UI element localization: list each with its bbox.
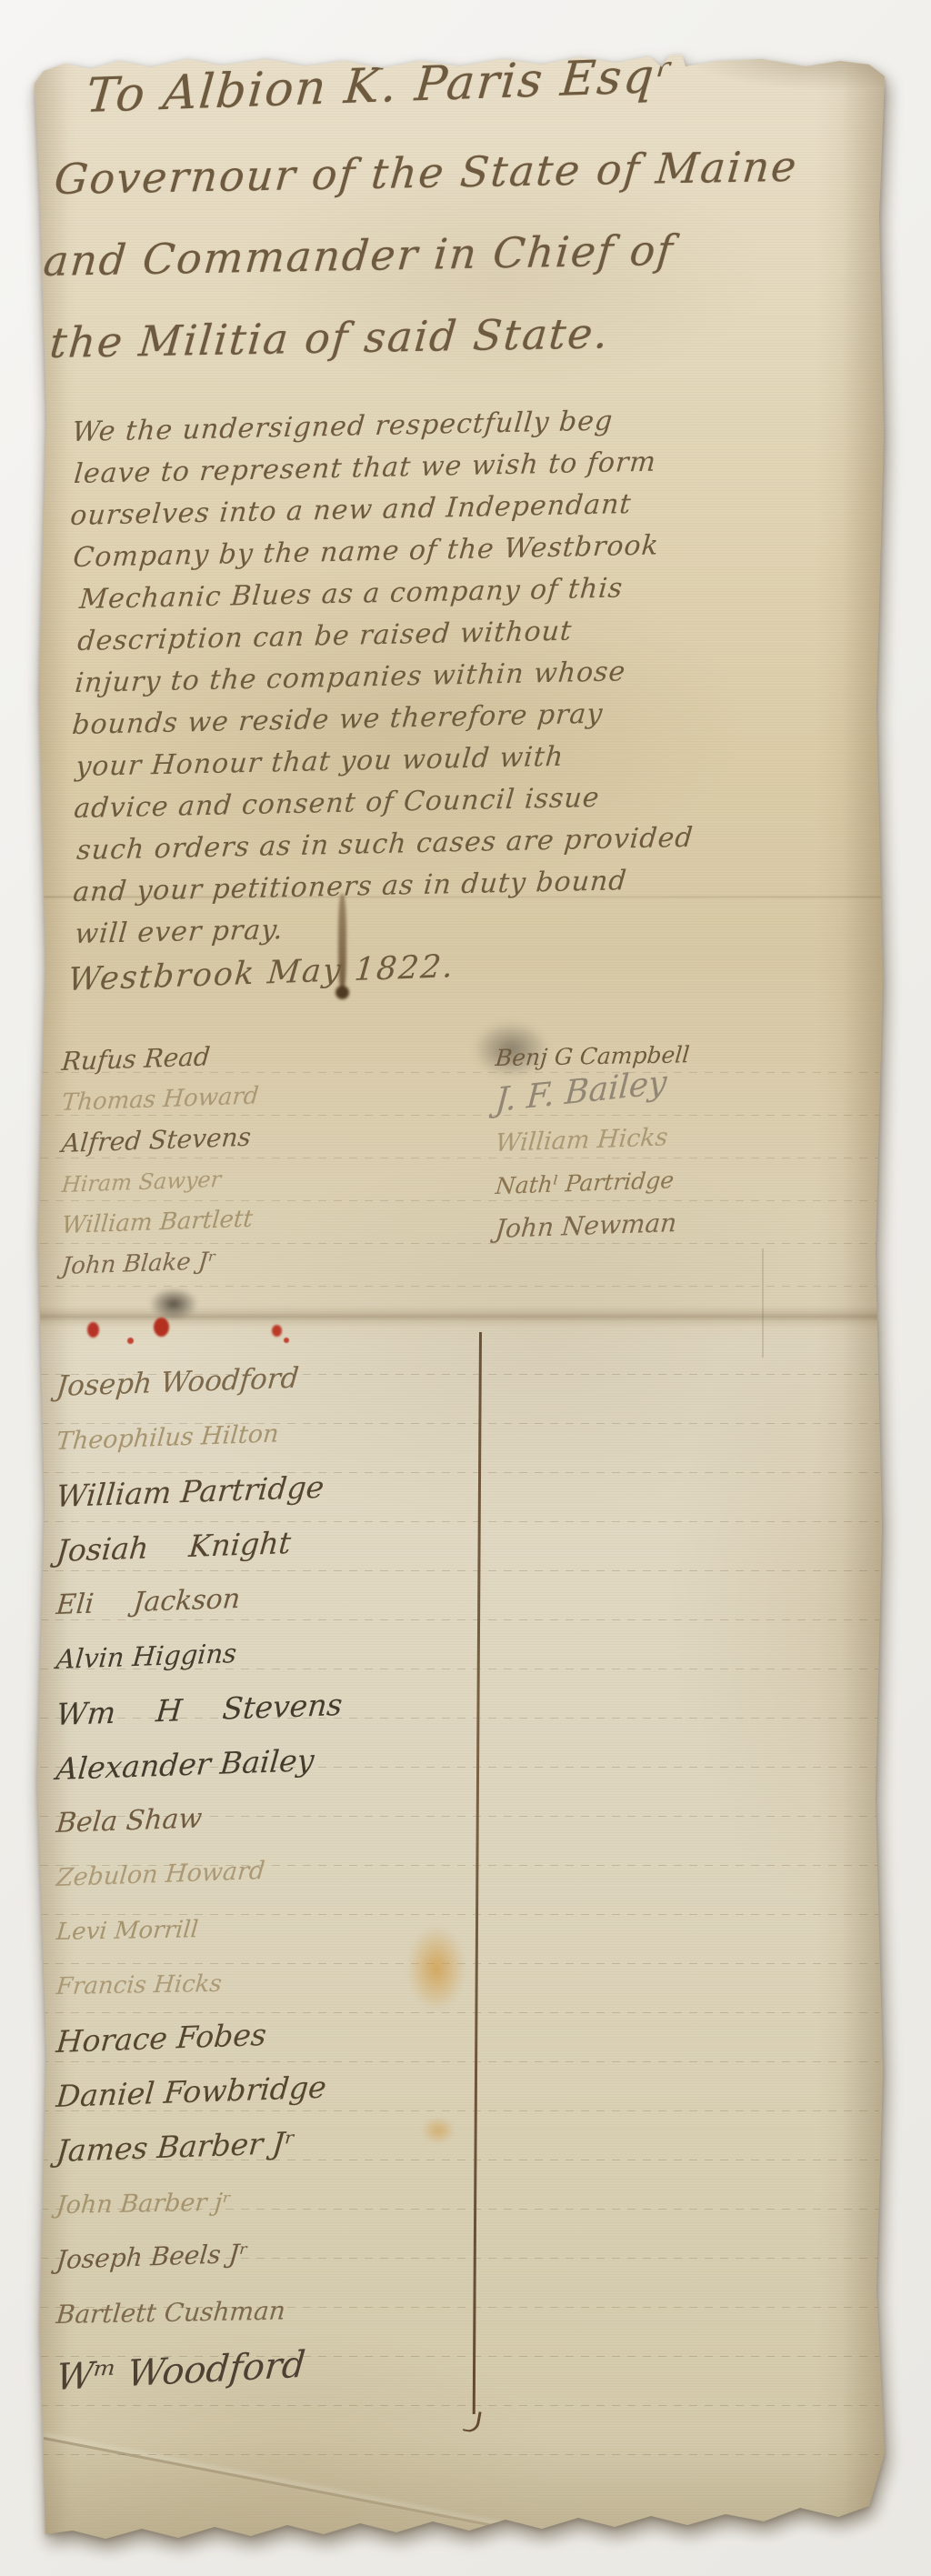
signature-william-partridge: William Partridge [54, 1458, 345, 1523]
signature-daniel-fowbridge: Daniel Fowbridge [54, 2059, 345, 2123]
document-scan: To Albion K. Paris Esqʳ Governour of the… [0, 0, 931, 2576]
signature-bela-shaw: Bela Shaw [54, 1786, 345, 1850]
signature-james-barber-jr: James Barber Jʳ [54, 2113, 345, 2178]
signature-alexander-bailey: Alexander Bailey [54, 1731, 345, 1796]
signature-john-blake-jr: John Blake Jʳ [60, 1238, 260, 1287]
vertical-crease [762, 1248, 764, 1358]
signature-william-hicks: William Hicks [494, 1115, 691, 1165]
signature-theophilus-hilton: Theophilus Hilton [54, 1404, 345, 1468]
signature-horace-fobes: Horace Fobes [54, 2004, 345, 2069]
header-line-4: the Militia of said State. [48, 308, 612, 367]
signature-levi-morrill: Levi Morrill [54, 1899, 345, 1960]
signature-zebulon-howard: Zebulon Howard [54, 1840, 345, 1905]
signature-rufus-read: Rufus Read [60, 1034, 260, 1082]
signature-alfred-stevens: Alfred Stevens [60, 1116, 260, 1164]
signature-nathl-partridge: Nathˡ Partridge [494, 1158, 691, 1208]
signature-joseph-beels-jr: Joseph Beels Jʳ [54, 2222, 345, 2287]
signature-william-bartlett: William Bartlett [60, 1198, 260, 1246]
signature-john-newman: John Newman [494, 1200, 691, 1250]
signature-wm-woodford: Wᵐ Woodford [53, 2326, 345, 2414]
vertical-ink-line [473, 1332, 482, 2414]
signature-thomas-howard: Thomas Howard [60, 1075, 260, 1123]
signature-joseph-woodford: Joseph Woodford [54, 1349, 345, 1414]
signature-column-upper-right: Benj G Campbell J. F. Bailey William Hic… [496, 1037, 689, 1250]
paper-sheet: To Albion K. Paris Esqʳ Governour of the… [35, 53, 885, 2540]
header-line-2: Governour of the State of Maine [53, 142, 800, 204]
paper-surface: To Albion K. Paris Esqʳ Governour of the… [35, 53, 885, 2540]
header-line-1: To Albion K. Paris Esqʳ [84, 48, 676, 124]
red-speck-1 [127, 1338, 134, 1344]
signature-column-upper-left: Rufus Read Thomas Howard Alfred Stevens … [62, 1041, 259, 1287]
red-speck-2 [284, 1338, 289, 1343]
header-line-3: and Commander in Chief of [42, 226, 676, 286]
rust-stain-large [407, 1926, 465, 2011]
rust-stain-small [421, 2117, 455, 2144]
diagonal-crease [44, 2437, 776, 2576]
petition-body: We the undersigned respectfully beg leav… [70, 416, 686, 960]
signature-column-lower: Joseph Woodford Theophilus Hilton Willia… [56, 1359, 343, 2414]
signature-josiah-knight: Josiah Knight [54, 1513, 345, 1578]
signature-hiram-sawyer: Hiram Sawyer [60, 1157, 260, 1205]
signature-alvin-higgins: Alvin Higgins [54, 1622, 345, 1687]
center-fold-seam [35, 1306, 885, 1328]
signature-wm-h-stevens: Wm H Stevens [54, 1677, 345, 1741]
signature-eli-jackson: Eli Jackson [54, 1568, 345, 1632]
